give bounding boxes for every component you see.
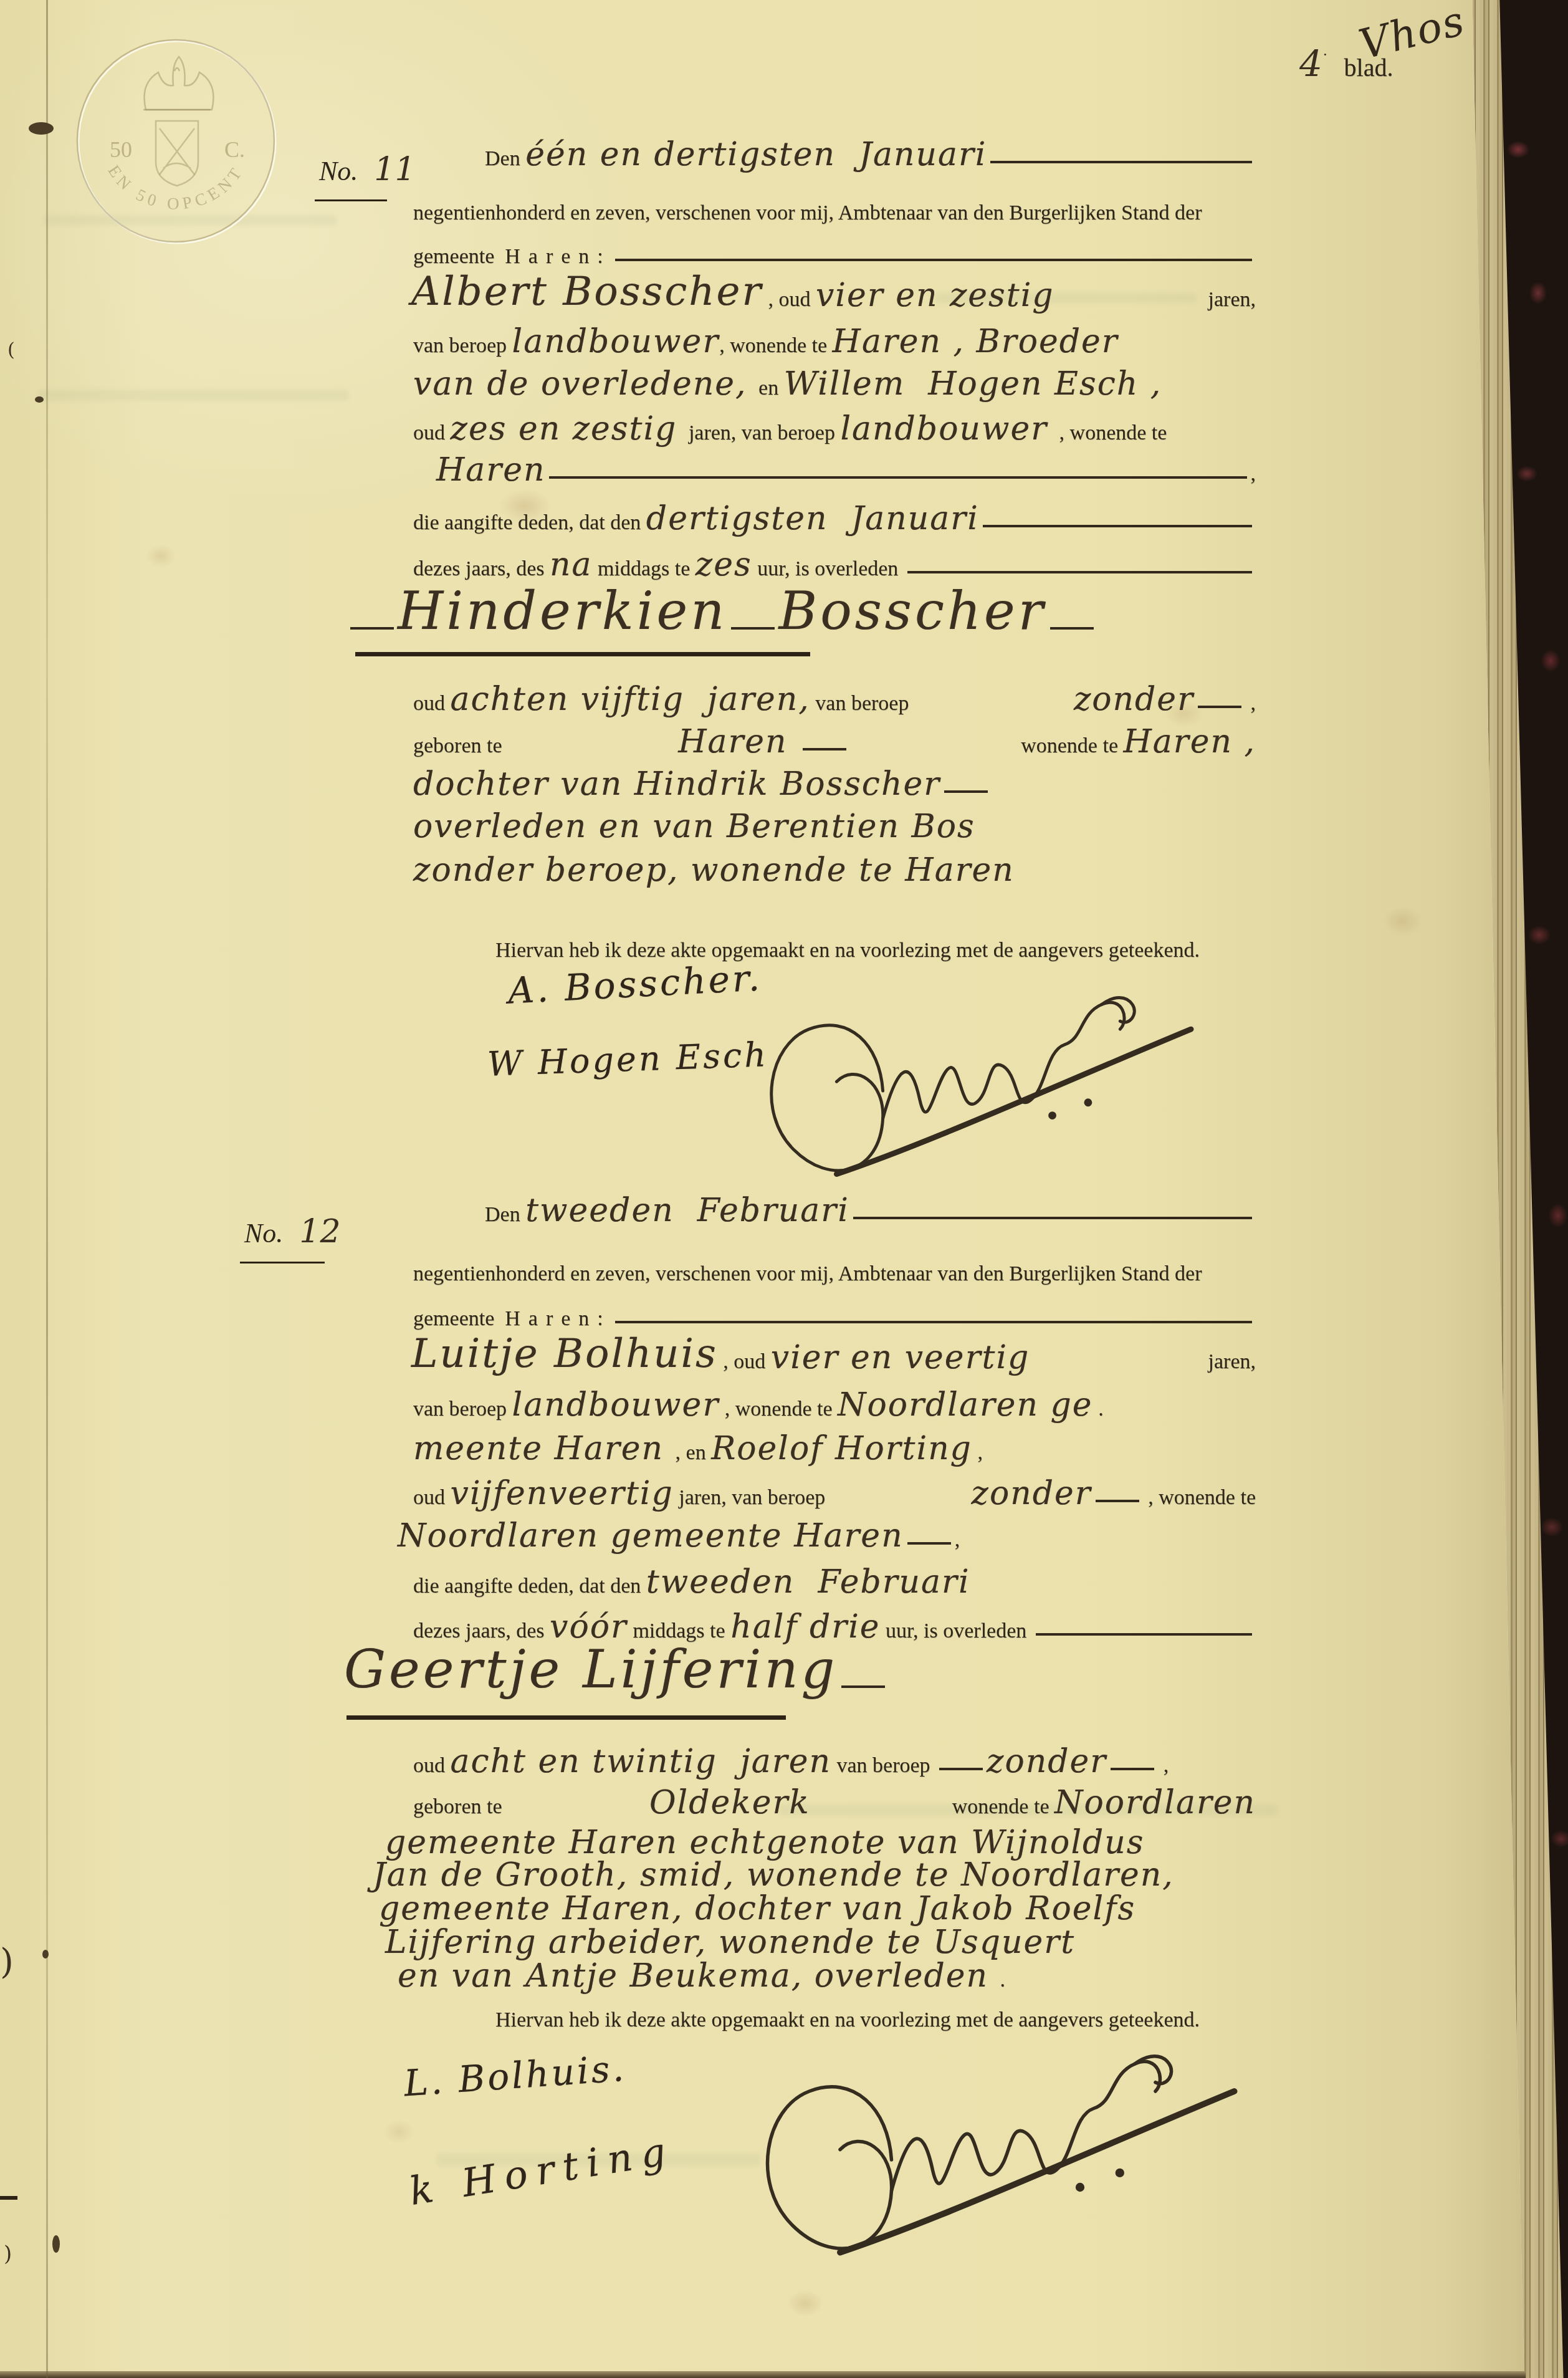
deceased-name-underline [355,652,810,656]
text-segment: landbouwer [512,1389,720,1421]
text-segment: Luitje Bolhuis [411,1334,718,1374]
text-segment: die aangifte deden, dat den [413,1574,646,1598]
record-line: Albert Bosscher , oud vier en zestigjare… [411,272,1256,312]
record-line: Den één en dertigsten Januari [485,138,1256,171]
text-segment: . [1093,1397,1104,1421]
record-line: die aangifte deden, dat den tweeden Febr… [413,1566,1256,1598]
text-segment: Jan de Grooth, smid, wonende te Noordlar… [373,1859,1174,1891]
ink-rule [1096,1500,1139,1502]
text-segment: Hinderkien [398,585,727,637]
record-number: No. 12 [244,1213,341,1250]
record-line: oud achten vijftig jaren, van beroep zon… [413,683,1256,716]
record-number-underline [315,199,387,201]
stitch-hole [42,1950,49,1958]
ink-rule [615,1321,1252,1323]
sheet-bottom-edge [0,2371,1526,2378]
record-line: van de overledene, en Willem Hogen Esch … [413,368,1256,400]
text-segment: Noordlaren gemeente Haren [398,1520,904,1552]
text-segment: tweeden Februari [525,1194,849,1227]
ink-rule [990,161,1252,163]
text-segment: Roelof Horting [711,1432,972,1465]
deceased-name-line: Geertje Lijfering [344,1643,1036,1695]
text-segment: zonder beroep, wonende te Haren [413,854,1015,886]
text-segment: Haren [436,454,545,486]
record-line: en van Antje Beukema, overleden . [398,1960,1256,1992]
text-segment: één en dertigsten Januari [525,138,987,171]
text-segment: Noordlaren [1054,1786,1256,1819]
text-segment: Oldekerk [649,1786,810,1819]
seal-value-right: C. [224,137,245,162]
text-segment: Haren: [505,1306,611,1331]
text-segment: Haren: [505,244,611,269]
text-segment: van beroep [413,1397,512,1421]
record-line: Lijfering arbeider, wonende te Usquert [385,1926,1256,1958]
registrar-signature-flourish [695,969,1250,1212]
text-segment: landbouwer [512,325,720,358]
text-segment: uur, is overleden [881,1619,1032,1643]
sheet-number-superscript: · [1322,46,1328,64]
sheet-label: blad. [1328,53,1394,82]
seal-rim-text: EN 50 OPCENTEN [70,34,247,213]
text-segment: Lijfering arbeider, wonende te Usquert [385,1926,1075,1958]
deceased-name-underline [347,1715,786,1720]
text-segment: oud [413,1485,451,1510]
record-number-label: No. [319,155,358,187]
text-segment: vijfenveertig [451,1477,674,1510]
stray-mark: ( [7,339,15,361]
ink-rule [1111,1768,1154,1770]
text-segment: gemeente Haren echtgenote van Wijnoldus [385,1826,1145,1859]
text-segment: Haren [678,726,799,758]
ink-rule [350,627,394,630]
text-segment: zonder [972,1477,1092,1510]
text-segment: zonder [1074,683,1194,716]
text-segment: gemeente [413,1306,505,1331]
text-segment: overleden en van Berentien Bos [413,810,975,843]
text-segment: vier en veertig [771,1341,1030,1374]
text-segment: negentienhonderd en zeven, verschenen vo… [413,201,1202,225]
record-line: dochter van Hindrik Bosscher [413,768,1256,800]
text-segment: wonende te [952,1795,1054,1819]
record-line: van beroep landbouwer , wonende te Noord… [413,1389,1256,1421]
text-segment: Geertje Lijfering [344,1643,838,1695]
text-segment: dertigsten Januari [646,502,979,535]
text-segment: jaren, [1208,1350,1256,1374]
ink-rule [1036,1633,1252,1636]
text-segment: gemeente Haren, dochter van Jakob Roelfs [379,1892,1135,1925]
ink-rule [907,1542,951,1545]
text-segment: Haren , Broeder [833,325,1119,358]
text-segment: , oud [763,287,816,312]
text-segment: van beroep [831,1753,935,1778]
record-line: geboren te Haren wonende te Haren , [413,726,1256,758]
text-segment: tweeden Februari [646,1566,970,1598]
record-line: geboren te Oldekerkwonende te Noordlaren [413,1786,1256,1819]
text-segment: Bosscher [778,585,1046,637]
record-line: gemeente Haren echtgenote van Wijnoldus [385,1826,1256,1859]
text-segment: van beroep [810,691,914,716]
text-segment: , en [676,1441,712,1465]
record-line: zonder beroep, wonende te Haren [413,854,1256,886]
closing-statement: Hiervan heb ik deze akte opgemaakt en na… [495,939,1200,962]
stitch-hole [29,122,54,135]
text-segment: gemeente [413,244,505,269]
text-segment: jaren, van beroep [689,421,841,445]
text-segment: , wonende te [719,333,832,358]
ink-rule [944,790,988,793]
ink-rule [907,571,1252,573]
svg-text:EN 50 OPCENTEN: EN 50 OPCENTEN [70,34,247,213]
ink-rule [1050,627,1094,630]
text-segment: meente Haren [413,1432,676,1465]
text-segment: van beroep [413,333,512,358]
stray-mark: ) [4,2241,12,2266]
seal-value-left: 50 [110,137,132,162]
text-segment: vier en zestig [816,279,1054,312]
record-line: negentienhonderd en zeven, verschenen vo… [413,1262,1256,1286]
text-segment: van de overledene, [413,368,758,400]
text-segment: jaren, [1208,287,1256,312]
record-line: Haren, [436,454,1256,486]
record-line: Noordlaren gemeente Haren, [398,1520,1256,1552]
text-segment: zes [696,549,752,581]
text-segment: , oud [718,1350,771,1374]
text-segment: , wonende te [719,1397,838,1421]
record-line: overleden en van Berentien Bos [413,810,1256,843]
record-number-value: 11 [358,151,415,188]
record-line: die aangifte deden, dat den dertigsten J… [413,502,1256,535]
text-segment: , [972,1441,983,1465]
text-segment: na [550,549,593,581]
text-segment: Den [485,146,525,171]
text-segment: wonende te [1021,734,1123,758]
text-segment: negentienhonderd en zeven, verschenen vo… [413,1262,1202,1286]
text-segment: , wonende te [1143,1485,1256,1510]
embossed-revenue-seal: 50 C. EN 50 OPCENTEN [70,34,282,247]
text-segment: , [1158,1753,1169,1778]
ink-rule [1198,706,1241,708]
text-segment: . [1000,1968,1005,1992]
text-segment: acht en twintig jaren [451,1745,831,1778]
text-segment: , [955,1528,960,1552]
text-segment: Willem Hogen Esch , [784,368,1162,400]
record-line: oud zes en zestig jaren, van beroep land… [413,413,1256,445]
record-number-value: 12 [283,1213,340,1250]
deceased-name-line: HinderkienBosscher [347,585,976,637]
record-line: Den tweeden Februari [485,1194,1256,1227]
text-segment: Haren , [1123,726,1256,758]
registrar-signature-flourish [682,2026,1299,2294]
stitch-hole [35,396,44,403]
text-segment: Noordlaren ge [838,1389,1093,1421]
record-line: van beroep landbouwer, wonende te Haren … [413,325,1256,358]
ink-rule [983,525,1252,527]
record-line: negentienhonderd en zeven, verschenen vo… [413,201,1256,225]
ink-rule [549,476,1246,479]
binding-fold-line [46,0,48,2378]
stray-mark: ) [0,1942,14,1982]
text-segment: , wonende te [1059,421,1167,445]
record-line: Luitje Bolhuis , oud vier en veertigjare… [411,1334,1256,1374]
record-line: gemeente Haren: [413,244,1256,269]
text-segment: uur, is overleden [752,557,904,581]
text-segment: landbouwer [840,413,1059,445]
text-segment: Albert Bosscher [411,272,763,312]
ink-rule [853,1217,1252,1219]
text-segment: dochter van Hindrik Bosscher [413,768,940,800]
bleed-through [37,390,349,401]
ink-rule [731,627,775,630]
stitch-hole [52,2235,60,2253]
seal-crown-icon [143,57,214,110]
text-segment: oud [413,421,451,445]
record-line: oud acht en twintig jaren van beroep zon… [413,1745,1256,1778]
text-segment: oud [413,691,451,716]
record-number-underline [240,1262,325,1263]
stray-ink-dash [0,2196,17,2200]
record-line: dezes jaars, des na middags te zes uur, … [413,549,1256,581]
record-line: Jan de Grooth, smid, wonende te Noordlar… [373,1859,1256,1891]
record-line: gemeente Haren, dochter van Jakob Roelfs [379,1892,1256,1925]
ink-rule [803,748,846,750]
sheet-number: 4 · blad. [1299,42,1393,85]
text-segment: die aangifte deden, dat den [413,511,646,535]
text-segment: geboren te [413,1795,507,1819]
text-segment: , [1245,691,1256,716]
ink-rule [939,1768,983,1770]
text-segment: jaren, van beroep [674,1485,831,1510]
text-segment: dezes jaars, des [413,557,550,581]
seal-shield-icon [156,121,198,186]
scanned-register-page: ) ) ( 50 C. EN 50 OPCENTEN Vhos 4 [0,0,1568,2378]
sheet-number-handwritten: 4 [1299,42,1322,85]
text-segment: en [758,376,784,400]
text-segment: achten vijftig jaren, [451,683,810,716]
text-segment: geboren te [413,734,507,758]
text-segment: oud [413,1753,451,1778]
ink-rule [841,1685,885,1688]
text-segment: zes en zestig [451,413,689,445]
text-segment: Den [485,1202,525,1227]
text-segment: zonder [987,1745,1107,1778]
record-line: oud vijfenveertig jaren, van beroep zond… [413,1477,1256,1510]
text-segment: en van Antje Beukema, overleden [398,1960,1000,1992]
ink-rule [615,259,1252,261]
text-segment: , [1251,462,1256,486]
record-number-label: No. [244,1217,283,1249]
record-line: gemeente Haren: [413,1306,1256,1331]
text-segment: middags te [593,557,696,581]
record-line: meente Haren , en Roelof Horting , [413,1432,1256,1465]
record-number: No. 11 [319,151,416,188]
